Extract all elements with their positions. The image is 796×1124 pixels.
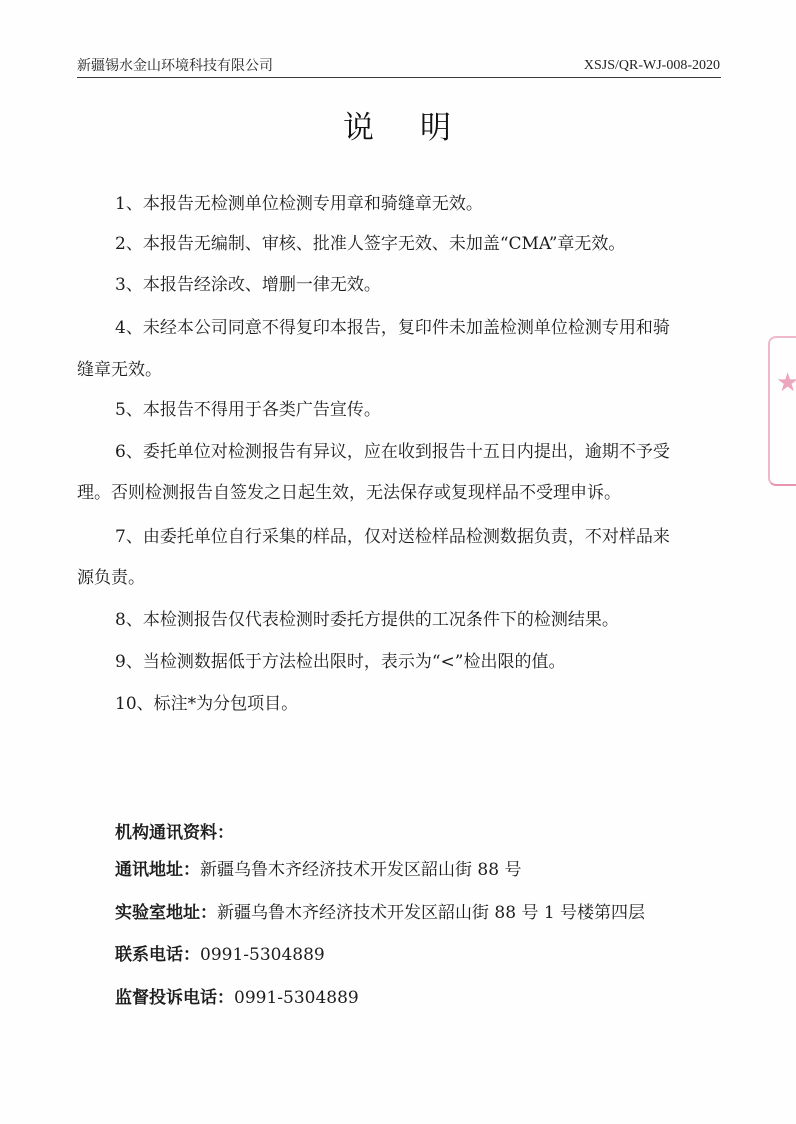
notice-item-8: 8、本检测报告仅代表检测时委托方提供的工况条件下的检测结果。	[115, 608, 619, 632]
document-code: XSJS/QR-WJ-008-2020	[584, 56, 720, 76]
title-char-1: 说	[343, 110, 376, 146]
address-label: 通讯地址：	[115, 860, 200, 880]
notice-item-4-cont: 缝章无效。	[77, 358, 162, 382]
notice-item-3: 3、本报告经涂改、增删一律无效。	[115, 273, 381, 297]
contact-heading: 机构通讯资料：	[115, 821, 234, 845]
complaint-phone-value: 0991-5304889	[234, 988, 359, 1008]
lab-address-value: 新疆乌鲁木齐经济技术开发区韶山街 88 号 1 号楼第四层	[217, 903, 645, 923]
notice-item-9: 9、当检测数据低于方法检出限时，表示为“<”检出限的值。	[115, 650, 565, 674]
seal-stamp-partial: ★	[768, 336, 796, 486]
star-icon: ★	[776, 368, 796, 398]
notice-item-2: 2、本报告无编制、审核、批准人签字无效、未加盖“CMA”章无效。	[115, 232, 625, 256]
page-title: 说明	[0, 106, 796, 150]
contact-lab-address: 实验室地址：新疆乌鲁木齐经济技术开发区韶山街 88 号 1 号楼第四层	[115, 901, 645, 925]
company-name: 新疆锡水金山环境科技有限公司	[77, 56, 273, 76]
phone-value: 0991-5304889	[200, 945, 325, 965]
notice-item-4: 4、未经本公司同意不得复印本报告，复印件未加盖检测单位检测专用和骑	[115, 316, 670, 340]
notice-item-7-cont: 源负责。	[77, 566, 145, 590]
contact-phone: 联系电话：0991-5304889	[115, 943, 325, 967]
document-page: 新疆锡水金山环境科技有限公司 XSJS/QR-WJ-008-2020 说明 1、…	[0, 0, 796, 1124]
address-value: 新疆乌鲁木齐经济技术开发区韶山街 88 号	[200, 860, 521, 880]
header-divider	[77, 77, 721, 78]
notice-item-10: 10、标注*为分包项目。	[115, 692, 298, 716]
notice-item-7: 7、由委托单位自行采集的样品，仅对送检样品检测数据负责，不对样品来	[115, 525, 670, 549]
contact-address: 通讯地址：新疆乌鲁木齐经济技术开发区韶山街 88 号	[115, 858, 521, 882]
contact-complaint-phone: 监督投诉电话：0991-5304889	[115, 986, 359, 1010]
page-header: 新疆锡水金山环境科技有限公司 XSJS/QR-WJ-008-2020	[77, 56, 720, 76]
complaint-phone-label: 监督投诉电话：	[115, 988, 234, 1008]
lab-address-label: 实验室地址：	[115, 903, 217, 923]
notice-item-1: 1、本报告无检测单位检测专用章和骑缝章无效。	[115, 192, 483, 216]
phone-label: 联系电话：	[115, 945, 200, 965]
notice-item-5: 5、本报告不得用于各类广告宣传。	[115, 398, 381, 422]
notice-item-6-cont: 理。否则检测报告自签发之日起生效，无法保存或复现样品不受理申诉。	[77, 481, 621, 505]
notice-item-6: 6、委托单位对检测报告有异议，应在收到报告十五日内提出，逾期不予受	[115, 440, 670, 464]
title-char-2: 明	[420, 110, 453, 146]
